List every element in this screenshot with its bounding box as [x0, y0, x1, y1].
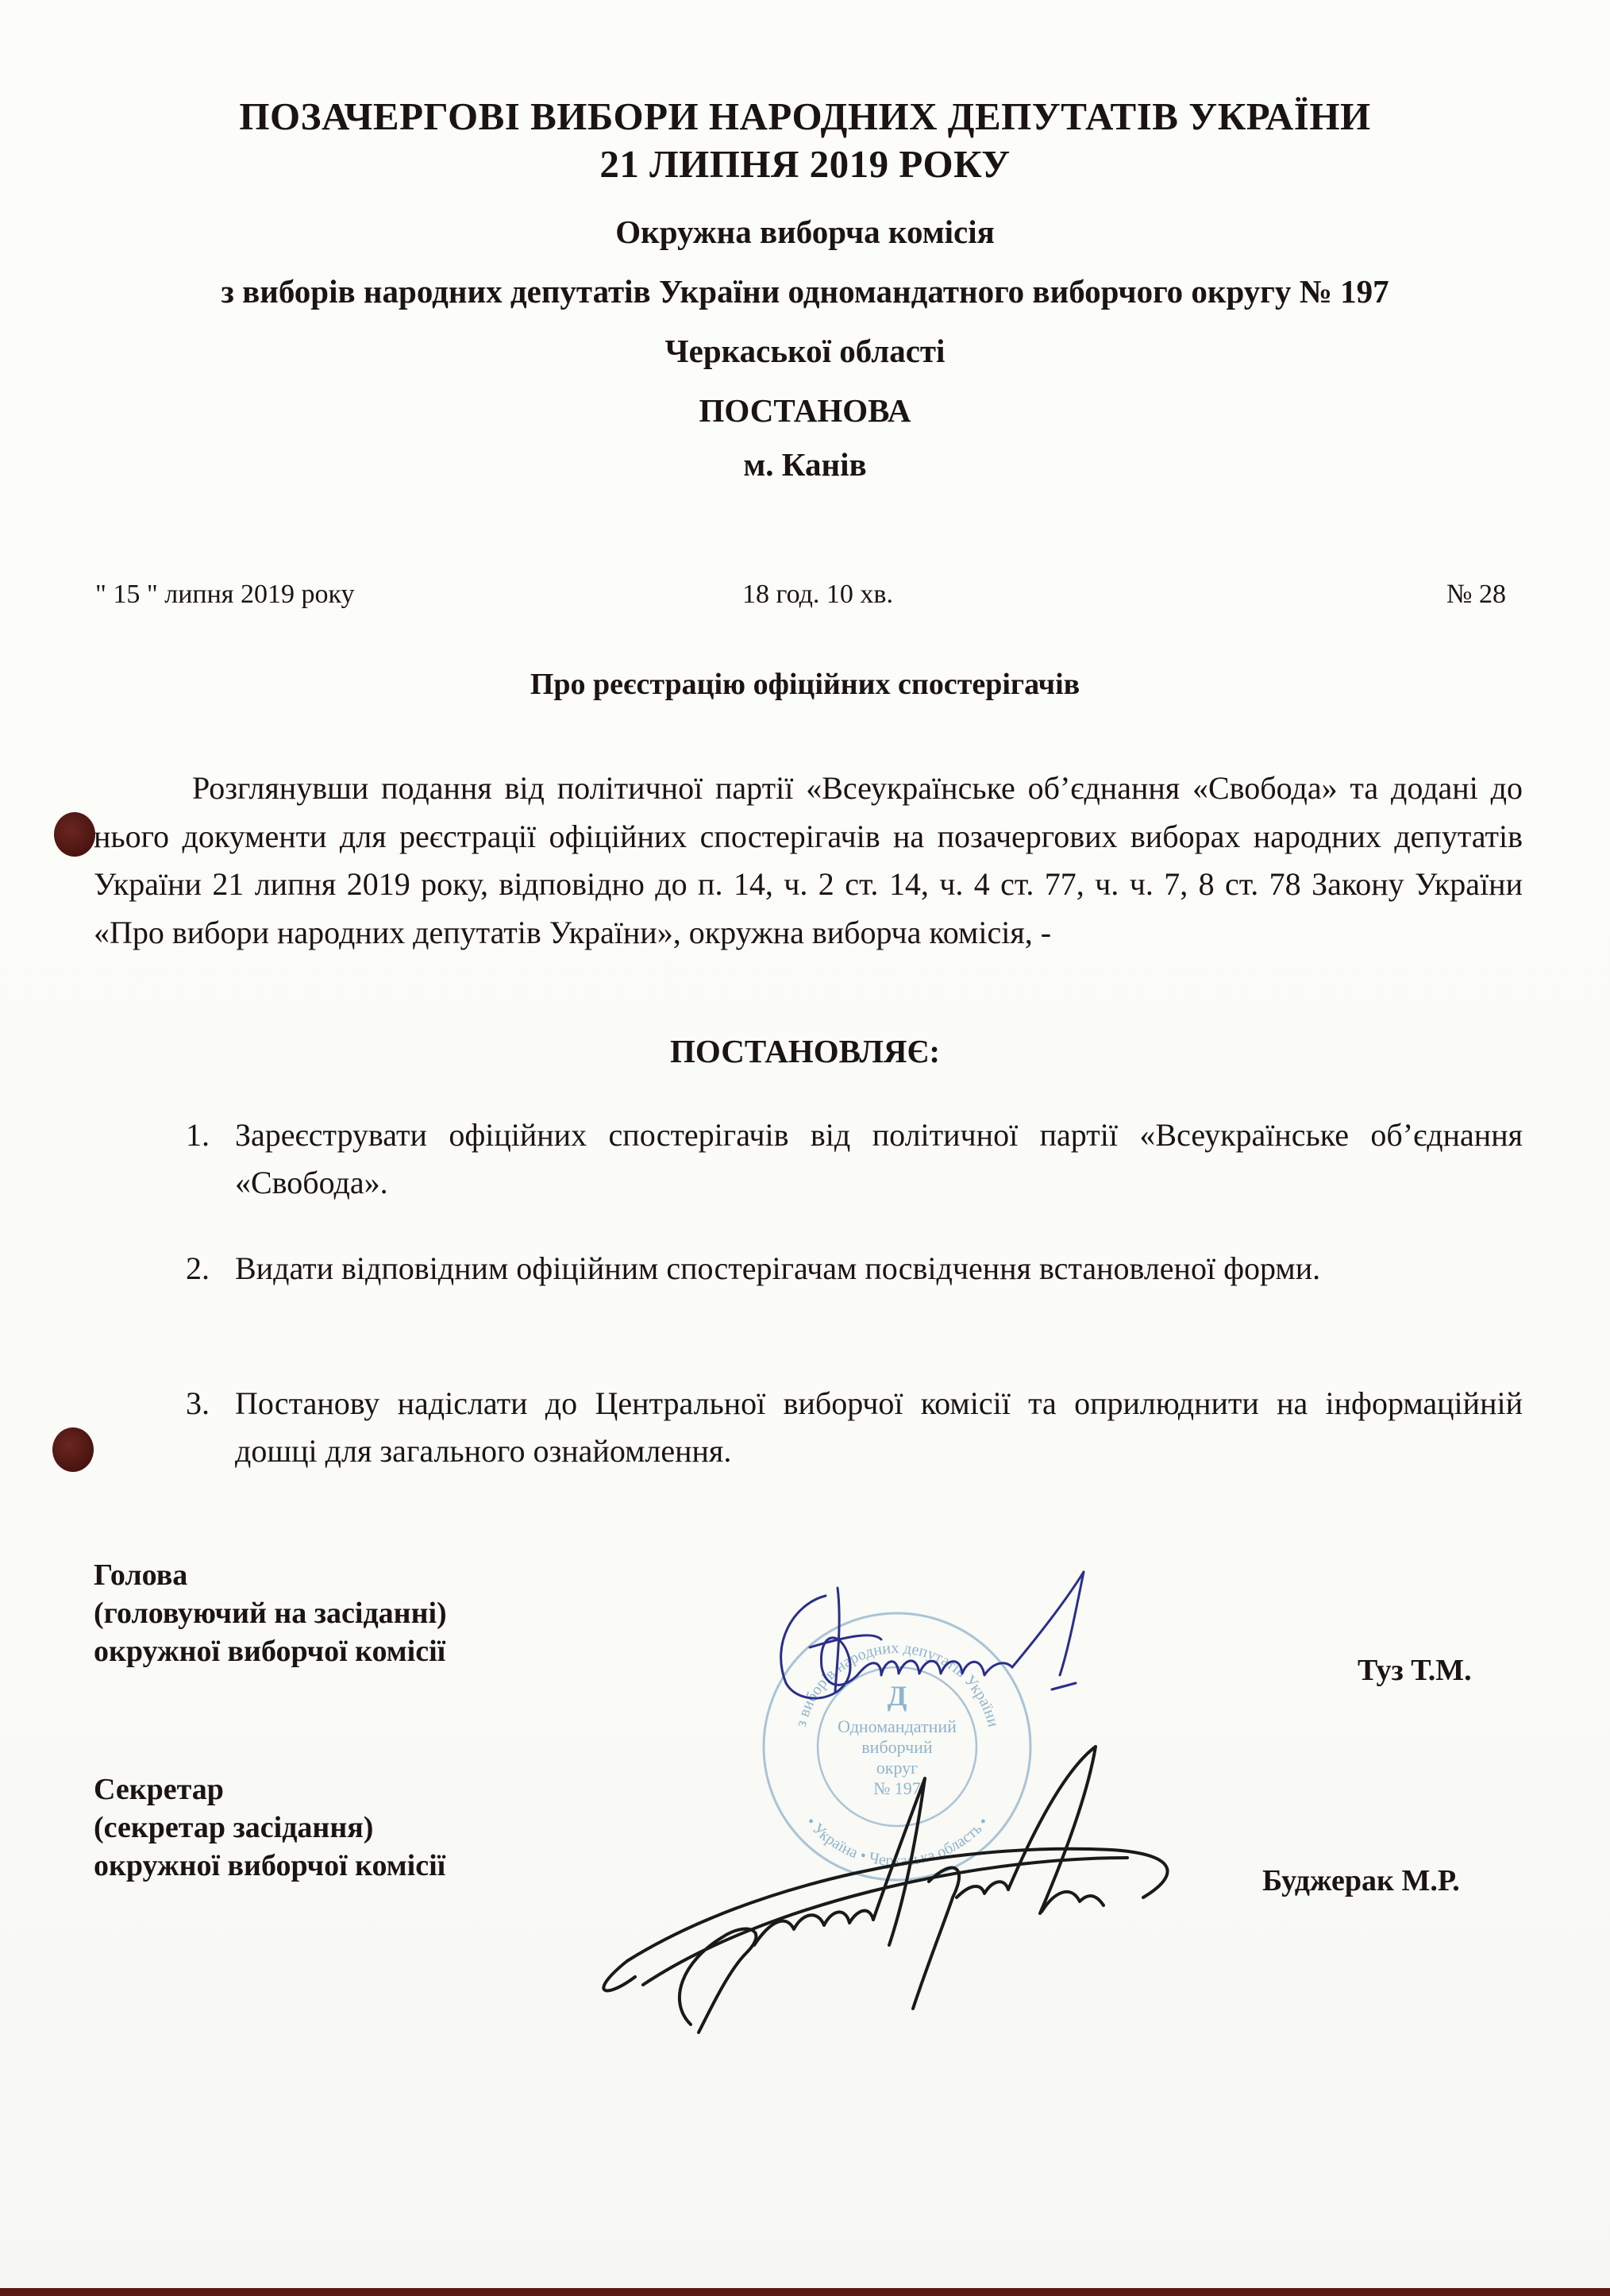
punch-hole [52, 1427, 94, 1472]
election-date: 21 ЛИПНЯ 2019 РОКУ [0, 141, 1610, 187]
chair-role: Голова (головуючий на засіданні) окружно… [94, 1556, 447, 1670]
resolution-number: 3. [186, 1380, 210, 1427]
secretary-role: Секретар (секретар засідання) окружної в… [94, 1770, 445, 1885]
chair-name: Туз Т.М. [1358, 1653, 1472, 1688]
resolution-item: 3. Постанову надіслати до Центральної ви… [191, 1380, 1523, 1475]
document-subject: Про реєстрацію офіційних спостерігачів [0, 667, 1610, 702]
region-name: Черкаської області [0, 332, 1610, 370]
secretary-role-body: окружної виборчої комісії [94, 1847, 445, 1885]
resolution-number: 2. [186, 1245, 210, 1292]
commission-scope: з виборів народних депутатів України одн… [0, 272, 1610, 310]
preamble-paragraph: Розглянувши подання від політичної парті… [94, 765, 1523, 957]
city-name: м. Канів [0, 445, 1610, 483]
chair-role-title: Голова [94, 1556, 447, 1594]
resolves-heading: ПОСТАНОВЛЯЄ: [0, 1032, 1610, 1070]
resolution-item: 1. Зареєструвати офіційних спостерігачів… [191, 1111, 1523, 1207]
stamp-line-1: Одномандатний [838, 1716, 957, 1736]
chair-signature [762, 1556, 1143, 1715]
chair-role-note: (головуючий на засіданні) [94, 1594, 447, 1632]
resolution-text: Видати відповідним офіційним спостерігач… [191, 1245, 1523, 1292]
document-time: 18 год. 10 хв. [742, 580, 893, 610]
resolution-number: 1. [186, 1111, 210, 1159]
resolution-item: 2. Видати відповідним офіційним спостері… [191, 1245, 1523, 1292]
resolution-text: Постанову надіслати до Центральної вибор… [191, 1380, 1523, 1475]
secretary-signature [556, 1739, 1397, 2040]
page-bottom-edge [0, 2288, 1610, 2296]
chair-role-body: окружної виборчої комісії [94, 1632, 447, 1670]
document-number: № 28 [1446, 580, 1506, 610]
election-title: ПОЗАЧЕРГОВІ ВИБОРИ НАРОДНИХ ДЕПУТАТІВ УК… [0, 94, 1610, 139]
secretary-role-title: Секретар [94, 1770, 445, 1809]
resolution-text: Зареєструвати офіційних спостерігачів ві… [191, 1111, 1523, 1207]
document-page: ПОЗАЧЕРГОВІ ВИБОРИ НАРОДНИХ ДЕПУТАТІВ УК… [0, 0, 1610, 2296]
punch-hole [54, 812, 95, 857]
document-date: " 15 " липня 2019 року [95, 580, 355, 610]
document-type: ПОСТАНОВА [0, 391, 1610, 430]
secretary-role-note: (секретар засідання) [94, 1809, 445, 1847]
commission-name: Окружна виборча комісія [0, 213, 1610, 251]
